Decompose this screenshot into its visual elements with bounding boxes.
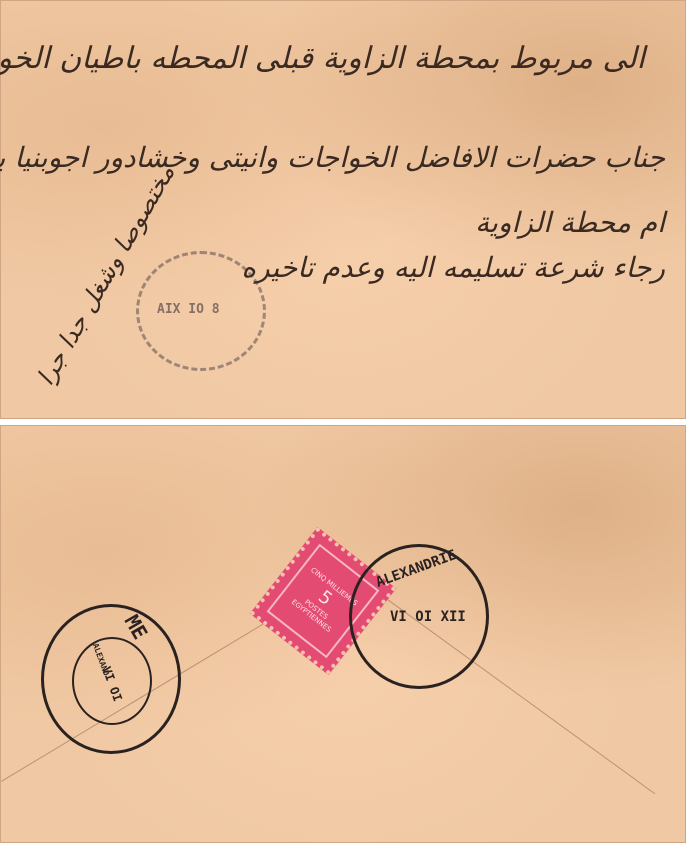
front-postmark: AIX IO 8 [136,251,266,371]
envelope-back: CINQ MILLIEMES 5 POSTES EGYPTIENNES ALEX… [0,425,686,843]
postmark-left-inner-ring: ALEXAND VI OI [72,637,152,725]
address-line-1: الى مربوط بمحطة الزاوية قبلى المحطه باطي… [0,41,645,76]
envelope-front: الى مربوط بمحطة الزاوية قبلى المحطه باطي… [0,0,686,419]
postmark-left: ALEXAND VI OI ME [41,604,181,754]
postmark-right: ALEXANDRIE VI OI XII [349,544,489,689]
address-line-2: جناب حضرات الافاضل الخواجات وانيتى وخشاد… [0,141,665,174]
address-line-4: رجاء شرعة تسليمه اليه وعدم تاخيره [241,251,665,284]
address-line-3: ام محطة الزاوية [475,206,665,239]
